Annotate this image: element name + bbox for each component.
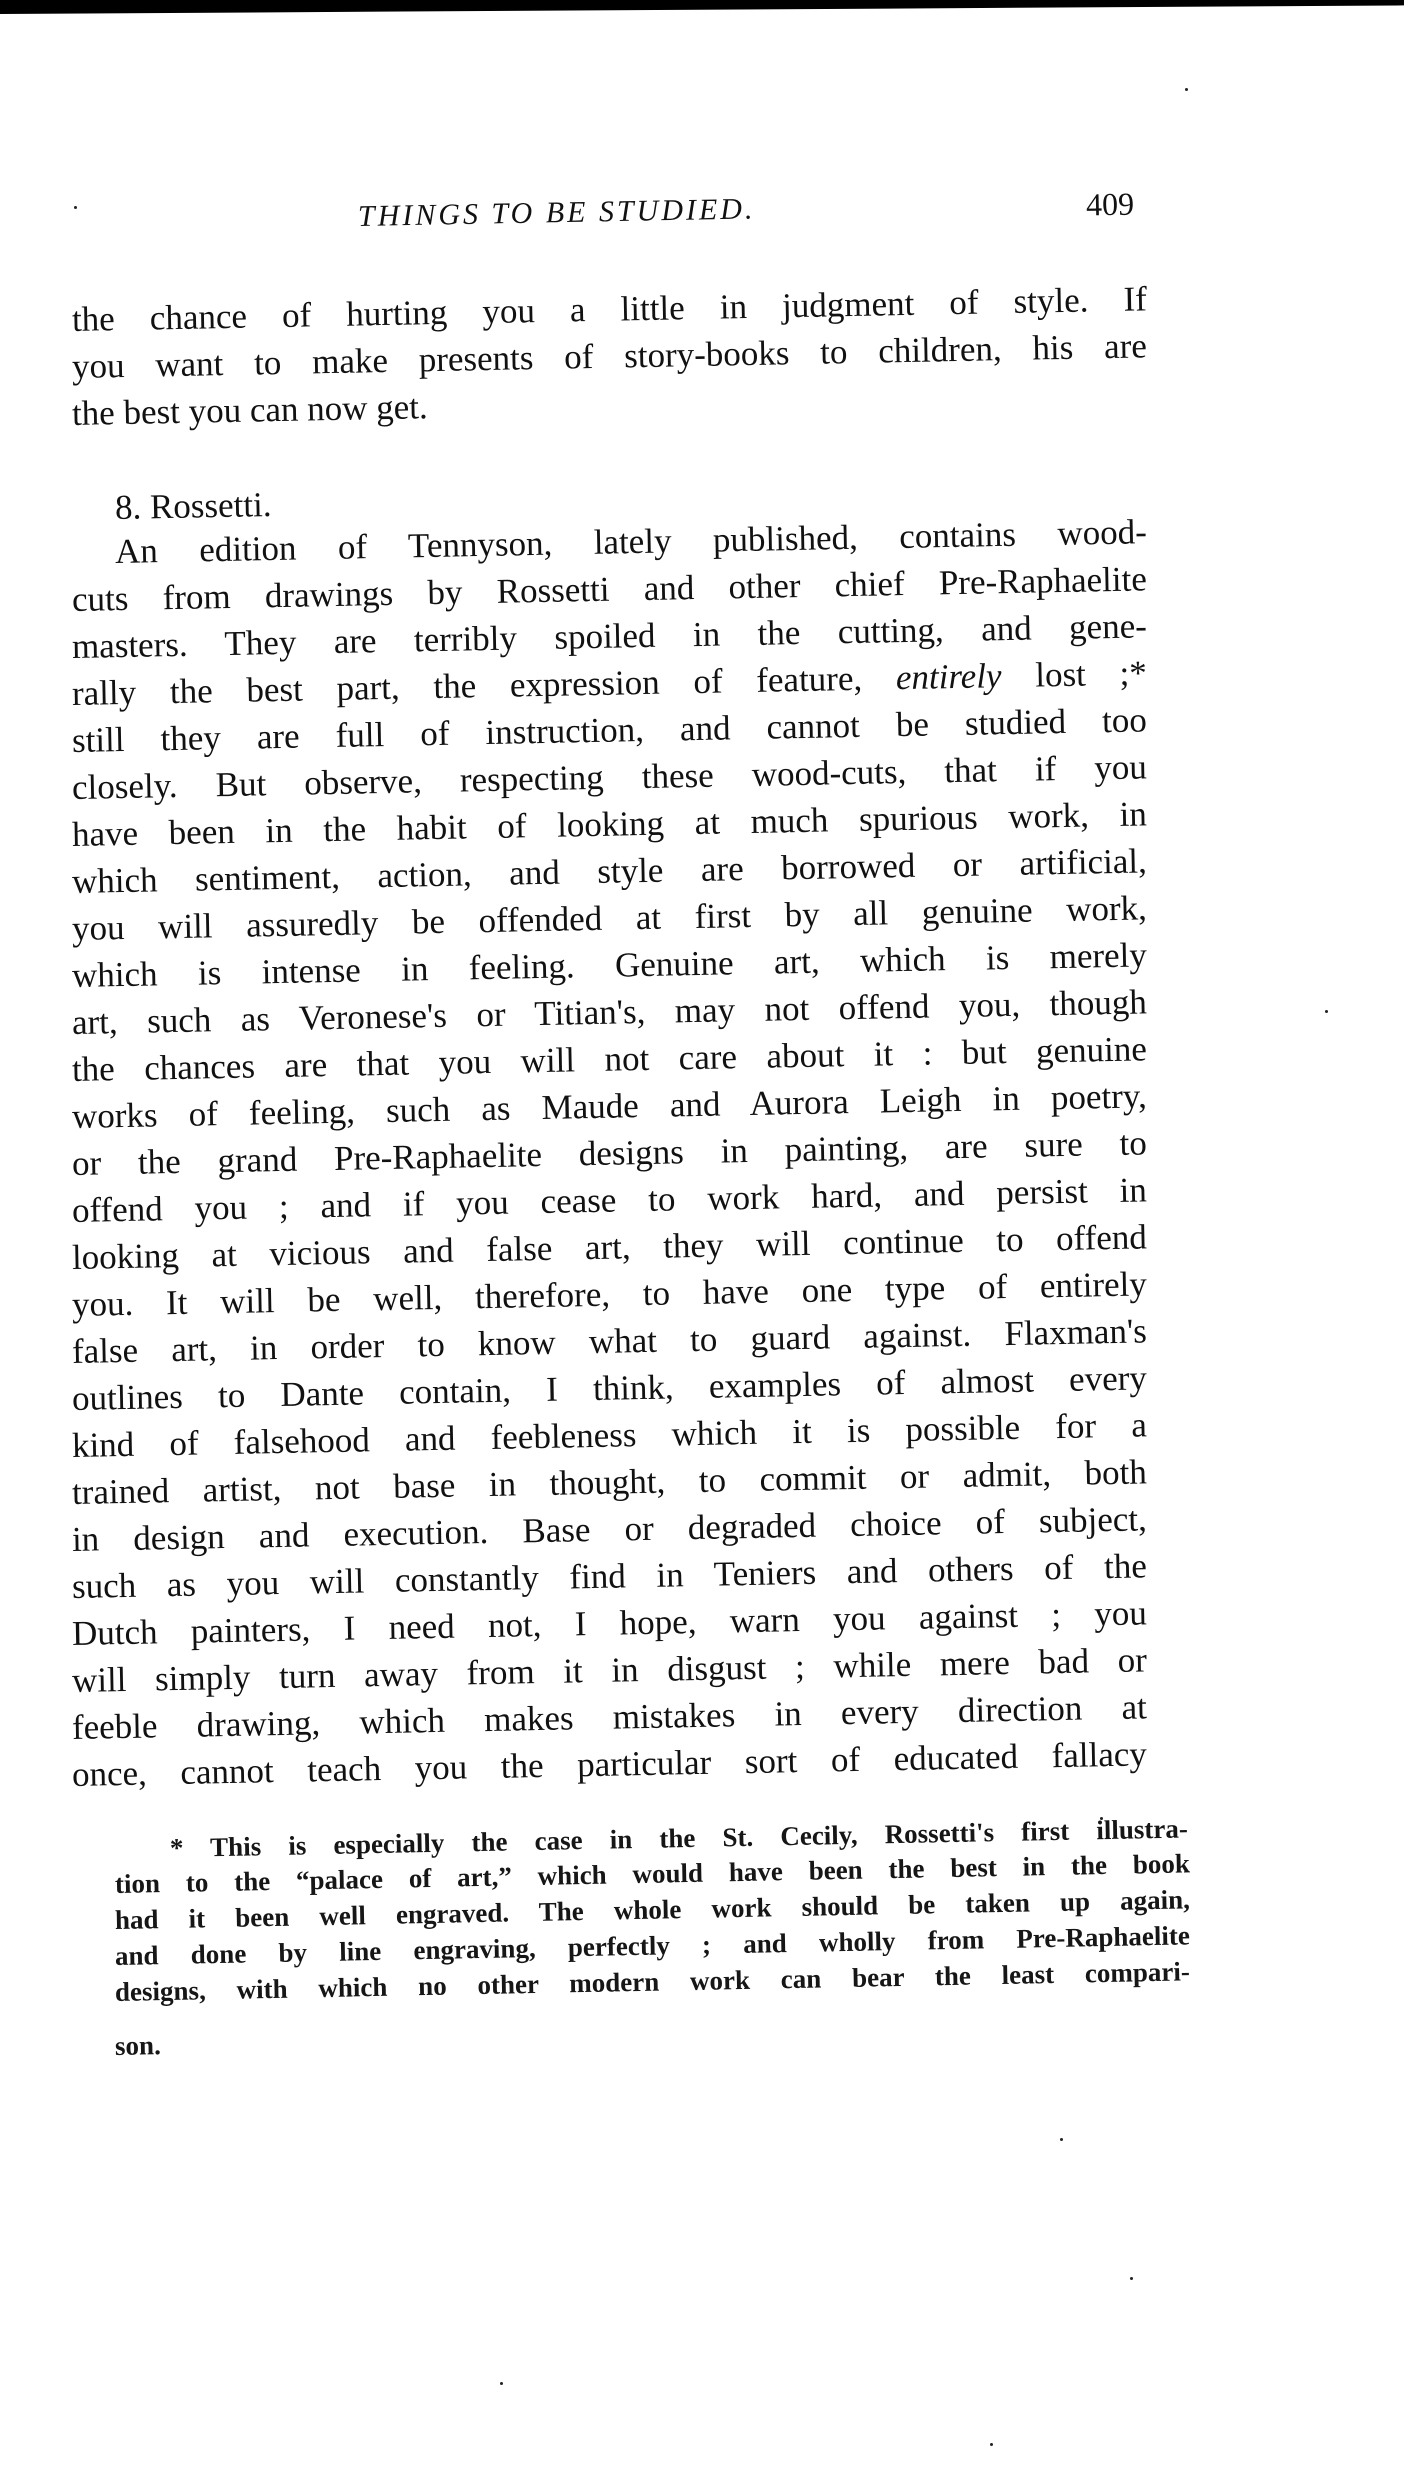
scan-speck bbox=[74, 206, 77, 209]
scan-speck bbox=[1325, 1010, 1328, 1013]
text-line: the best you can now get. bbox=[72, 387, 428, 434]
scan-speck bbox=[1185, 88, 1188, 91]
running-title: THINGS TO BE STUDIED. bbox=[358, 192, 756, 234]
text-segment: rally the best part, the expression of f… bbox=[72, 659, 863, 713]
footnote-line: son. bbox=[115, 2029, 161, 2062]
book-page: THINGS TO BE STUDIED. 409 the chance of … bbox=[0, 0, 1404, 2477]
scan-speck bbox=[1060, 2138, 1063, 2141]
scan-speck bbox=[1130, 2277, 1133, 2280]
scan-speck bbox=[990, 2443, 993, 2446]
scan-speck bbox=[500, 2382, 503, 2385]
text-segment: lost ;* bbox=[1001, 653, 1147, 695]
page-number: 409 bbox=[1086, 186, 1135, 224]
emphasis-text: entirely bbox=[896, 656, 1002, 697]
scan-speck bbox=[1100, 1817, 1103, 1820]
section-heading: 8. Rossetti. bbox=[115, 485, 272, 528]
